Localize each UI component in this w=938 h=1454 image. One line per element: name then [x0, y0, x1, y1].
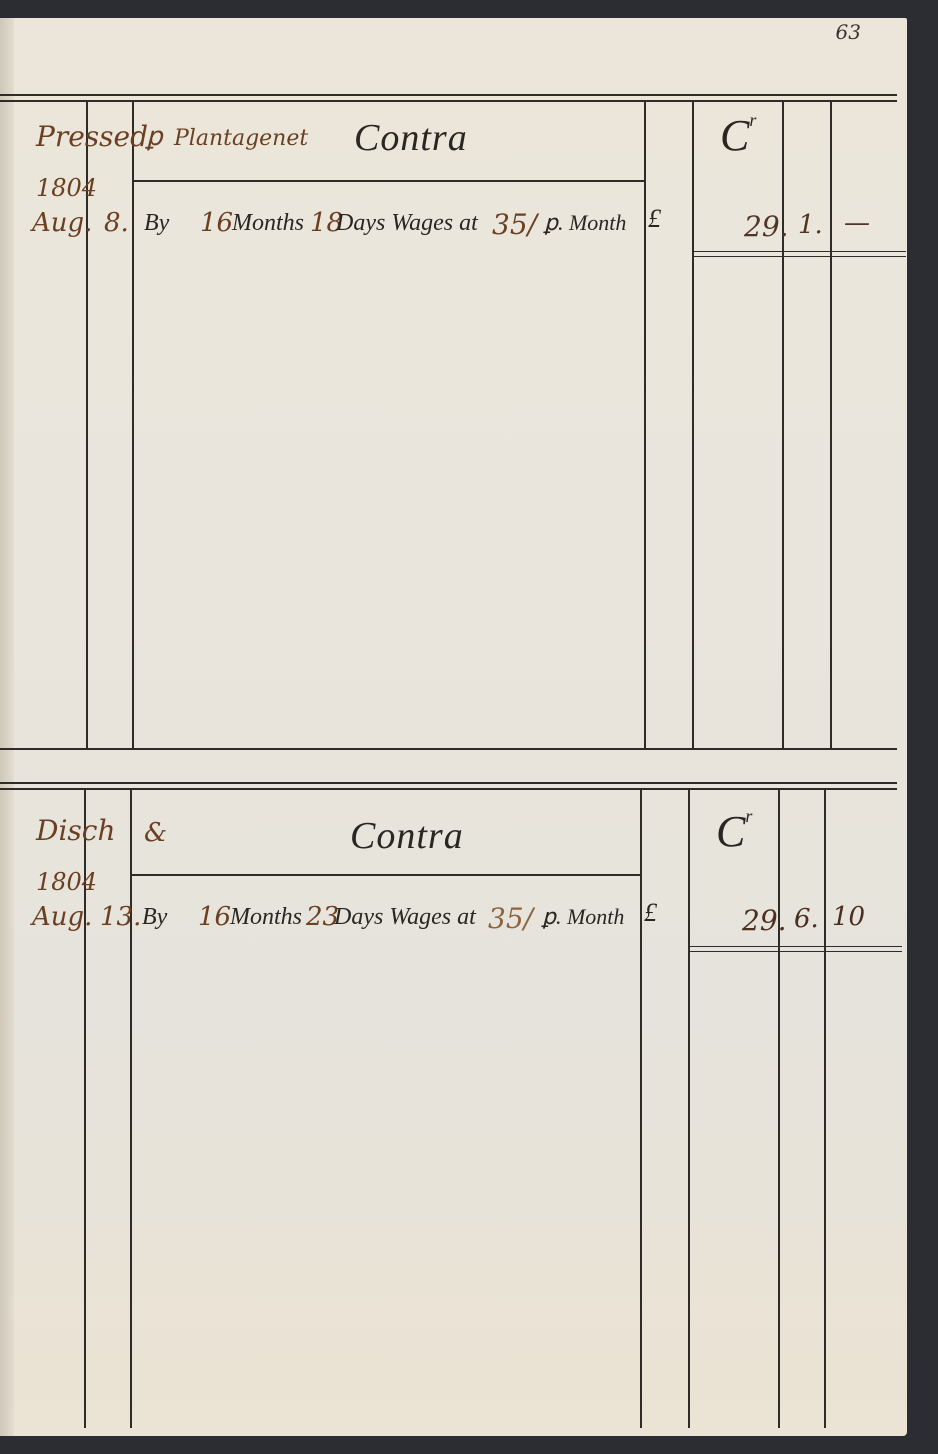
folio-column-line-left	[640, 788, 642, 1428]
entry-rate: 35/	[492, 208, 537, 241]
page-number: 63	[836, 20, 861, 44]
contra-heading: Contra	[354, 116, 468, 160]
amount-pence: —	[844, 208, 870, 238]
day-column-line	[132, 100, 134, 750]
shillings-column-line	[778, 788, 780, 1428]
entry-per-month: ꝑ. Month	[544, 210, 626, 236]
entry-days-label: Days Wages at	[336, 210, 478, 237]
amount-pence: 10	[832, 902, 865, 932]
contra-heading: Contra	[350, 814, 464, 858]
ship-prefix: ꝑ	[146, 122, 163, 152]
entry-rate: 35/	[488, 902, 533, 935]
entry-month: Aug.	[32, 208, 92, 238]
entry-by: By	[144, 210, 169, 237]
entry-months: 16	[200, 208, 233, 238]
top-rule-1	[0, 782, 897, 784]
amount-pounds: 29.	[742, 904, 787, 937]
amount-shillings: 6.	[794, 904, 819, 934]
shillings-column-line	[782, 100, 784, 750]
amount-rule-1	[688, 946, 902, 947]
folio-column-line-right	[688, 788, 690, 1428]
entry-month: Aug.	[32, 902, 92, 932]
amount-shillings: 1.	[798, 210, 823, 240]
top-rule-2	[0, 788, 897, 790]
entry-days-label: Days Wages at	[334, 904, 476, 931]
section-bottom-rule	[0, 748, 897, 750]
entry-by: By	[142, 904, 167, 931]
amount-pounds: 29.	[744, 210, 789, 243]
entry-day: 8.	[104, 208, 129, 238]
top-rule-2	[0, 100, 897, 102]
credit-heading: Cr	[716, 806, 752, 857]
credit-heading: Cr	[720, 110, 756, 161]
folio-column-line-right	[692, 100, 694, 750]
header-underline	[130, 874, 642, 876]
seaman-status: Pressed	[36, 120, 148, 153]
entry-year: 1804	[36, 174, 97, 202]
seaman-status: Disch	[36, 814, 116, 847]
entry-per-month: ꝑ. Month	[542, 904, 624, 930]
book-spine	[0, 18, 15, 1436]
amount-rule-1	[692, 251, 906, 252]
pence-column-line	[830, 100, 832, 750]
entry-months-label: Months	[232, 210, 304, 237]
entry-year: 1804	[36, 868, 97, 896]
amount-rule-2	[688, 951, 902, 952]
amount-rule-2	[692, 256, 906, 257]
top-rule-1	[0, 94, 897, 96]
day-column-line	[130, 788, 132, 1428]
entry-months-label: Months	[230, 904, 302, 931]
entry-currency: £	[644, 898, 657, 928]
header-underline	[132, 180, 646, 182]
ship-prefix: &	[144, 818, 167, 848]
entry-day: 13.	[100, 902, 141, 932]
ledger-page: 63 Pressed ꝑ Plantagenet Contra Cr 1804 …	[14, 18, 907, 1436]
entry-months: 16	[198, 902, 231, 932]
entry-currency: £	[648, 204, 661, 234]
pence-column-line	[824, 788, 826, 1428]
folio-column-line-left	[644, 100, 646, 750]
ship-name: Plantagenet	[174, 126, 308, 151]
